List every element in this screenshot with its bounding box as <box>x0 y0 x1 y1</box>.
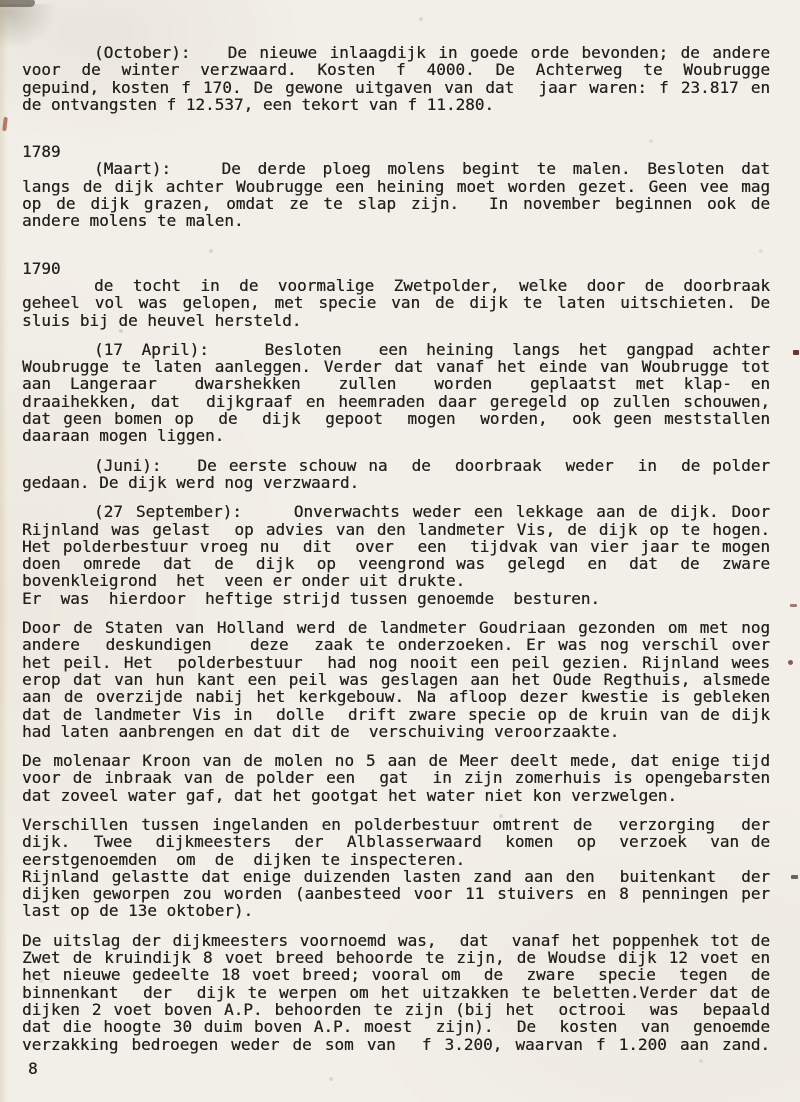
text-line: dat zoveel water gaf, dat het gootgat he… <box>22 787 770 804</box>
text-line: dat die hoogte 30 duim boven A.P. moest … <box>22 1018 770 1035</box>
scan-artifact-margin-mark <box>788 660 793 665</box>
paragraph: (October): De nieuwe inlaagdijk in goede… <box>22 44 770 113</box>
scan-artifact-top-left <box>0 0 35 7</box>
scan-artifact-margin-mark <box>793 350 799 355</box>
text-line: verzakking bedroegen weder de som van f … <box>22 1036 770 1053</box>
paragraph: (27 September): Onverwachts weder een le… <box>22 503 770 607</box>
text-line: dijken geworpen zou worden (aanbesteed v… <box>22 885 770 902</box>
text-line: dat geen bomen op de dijk gepoot mogen w… <box>22 410 770 427</box>
paragraph: Verschillen tussen ingelanden en polderb… <box>22 816 770 920</box>
text-line: geheel vol was gelopen, met specie van d… <box>22 294 770 311</box>
document-text: (October): De nieuwe inlaagdijk in goede… <box>22 44 770 1053</box>
text-line: eerstgenoemden om de dijken te inspecter… <box>22 851 770 868</box>
text-line: de ontvangsten f 12.537, een tekort van … <box>22 96 770 113</box>
text-line: doen omrede dat de dijk op veengrond was… <box>22 555 770 572</box>
text-line: andere molens te malen. <box>22 212 770 229</box>
text-line: last op de 13e oktober). <box>22 902 770 919</box>
page-number: 8 <box>28 1060 38 1077</box>
text-line: gedaan. De dijk werd nog verzwaard. <box>22 474 770 491</box>
text-line: andere deskundigen deze zaak te onderzoe… <box>22 636 770 653</box>
text-line: binnenkant der dijk te werpen om het uit… <box>22 984 770 1001</box>
text-line: De uitslag der dijkmeesters voornoemd wa… <box>22 932 770 949</box>
text-line: dijken 2 voet boven A.P. behoorden te zi… <box>22 1001 770 1018</box>
year-heading: 1789 <box>22 143 770 160</box>
paragraph: Door de Staten van Holland werd de landm… <box>22 619 770 740</box>
scan-artifact-margin-mark <box>791 875 798 879</box>
paragraph: (17 April): Besloten een heining langs h… <box>22 341 770 445</box>
text-line: Rijnland gelastte dat enige duizenden la… <box>22 868 770 885</box>
text-line: (17 April): Besloten een heining langs h… <box>22 341 770 358</box>
text-line: erop dat van hun kant een peil was gesla… <box>22 671 770 688</box>
text-line: (Juni): De eerste schouw na de doorbraak… <box>22 457 770 474</box>
text-line: bovenkleigrond het veen er onder uit dru… <box>22 572 770 589</box>
scan-artifact-margin-mark <box>790 604 797 607</box>
text-line: Er was hierdoor heftige strijd tussen ge… <box>22 590 770 607</box>
text-line: dijk. Twee dijkmeesters der Alblasserwaa… <box>22 833 770 850</box>
text-line: Verschillen tussen ingelanden en polderb… <box>22 816 770 833</box>
text-line: op de dijk grazen, omdat ze te slap zijn… <box>22 195 770 212</box>
text-line: draaihekken, dat dijkgraaf en heemraden … <box>22 393 770 410</box>
text-line: gepuind, kosten f 170. De gewone uitgave… <box>22 79 770 96</box>
text-line: Door de Staten van Holland werd de landm… <box>22 619 770 636</box>
paragraph: de tocht in de voormalige Zwetpolder, we… <box>22 277 770 329</box>
text-line: daaraan mogen liggen. <box>22 427 770 444</box>
text-line: langs de dijk achter Woubrugge een heini… <box>22 178 770 195</box>
paragraph: (Juni): De eerste schouw na de doorbraak… <box>22 457 770 492</box>
paragraph: De uitslag der dijkmeesters voornoemd wa… <box>22 932 770 1053</box>
text-line: aan de overzijde nabij het kerkgebouw. N… <box>22 688 770 705</box>
text-line: Woubrugge te laten aanleggen. Verder dat… <box>22 358 770 375</box>
text-line: De molenaar Kroon van de molen no 5 aan … <box>22 752 770 769</box>
text-line: het nieuwe gedeelte 18 voet breed; voora… <box>22 966 770 983</box>
text-line: voor de winter verzwaard. Kosten f 4000.… <box>22 61 770 78</box>
year-heading: 1790 <box>22 260 770 277</box>
text-line: (October): De nieuwe inlaagdijk in goede… <box>22 44 770 61</box>
text-line: dat de landmeter Vis in dolle drift zwar… <box>22 706 770 723</box>
text-line: (Maart): De derde ploeg molens begint te… <box>22 160 770 177</box>
text-line: Het polderbestuur vroeg nu dit over een … <box>22 538 770 555</box>
text-line: Rijnland was gelast op advies van den la… <box>22 521 770 538</box>
paragraph: (Maart): De derde ploeg molens begint te… <box>22 160 770 229</box>
text-line: aan Langeraar dwarshekken zullen worden … <box>22 375 770 392</box>
text-line: (27 September): Onverwachts weder een le… <box>22 503 770 520</box>
text-line: Zwet de kruindijk 8 voet breed behoorde … <box>22 949 770 966</box>
scanned-document-page: (October): De nieuwe inlaagdijk in goede… <box>0 0 800 1102</box>
scan-artifact-speckles <box>0 0 2 2</box>
text-line: het peil. Het polderbestuur had nog nooi… <box>22 654 770 671</box>
text-line: de tocht in de voormalige Zwetpolder, we… <box>22 277 770 294</box>
scan-edge-shadow <box>0 0 8 1102</box>
text-line: sluis bij de heuvel hersteld. <box>22 312 770 329</box>
text-line: voor de inbraak van de polder een gat in… <box>22 769 770 786</box>
text-line: had laten aanbrengen en dat dit de versc… <box>22 723 770 740</box>
paragraph: De molenaar Kroon van de molen no 5 aan … <box>22 752 770 804</box>
